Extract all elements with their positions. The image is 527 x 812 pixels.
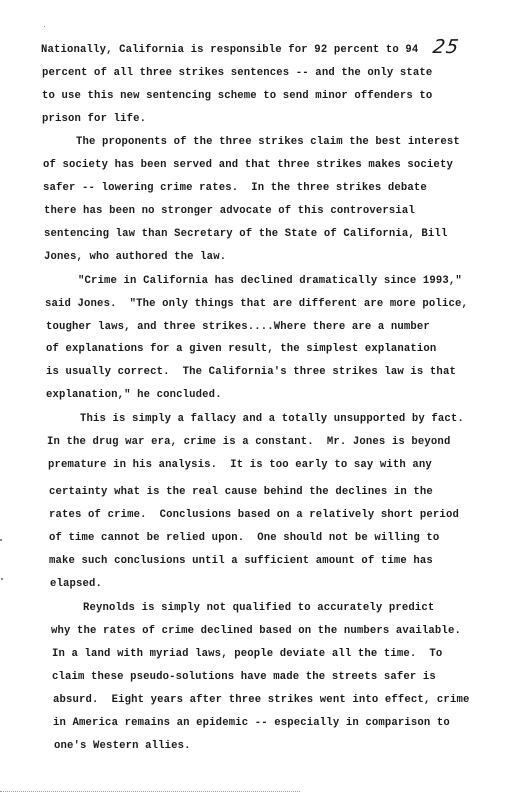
text-line: to use this new sentencing scheme to sen…	[42, 90, 432, 102]
text-line: of explanations for a given result, the …	[46, 343, 436, 355]
scan-speck	[0, 539, 2, 541]
text-line: sentencing law than Secretary of the Sta…	[44, 228, 447, 240]
text-line: In a land with myriad laws, people devia…	[52, 648, 442, 660]
text-line: claim these pseudo-solutions have made t…	[52, 671, 436, 683]
scan-speck	[44, 26, 45, 27]
text-line: Reynolds is simply not qualified to accu…	[83, 602, 434, 614]
text-line: rates of crime. Conclusions based on a r…	[49, 509, 459, 521]
scan-speck	[1, 578, 3, 580]
text-line: elapsed.	[50, 578, 102, 590]
text-line: make such conclusions until a sufficient…	[49, 555, 433, 567]
text-line: This is simply a fallacy and a totally u…	[80, 413, 464, 425]
text-line: In the drug war era, crime is a constant…	[47, 436, 450, 448]
text-line: of society has been served and that thre…	[43, 159, 453, 171]
text-line: certainty what is the real cause behind …	[49, 486, 433, 498]
text-line: of time cannot be relied upon. One shoul…	[49, 532, 439, 544]
text-line: is usually correct. The California's thr…	[46, 366, 456, 378]
handwritten-page-number: 25	[431, 36, 460, 58]
text-line: The proponents of the three strikes clai…	[76, 136, 460, 148]
text-line: percent of all three strikes sentences -…	[42, 67, 432, 79]
text-line: "Crime in California has declined dramat…	[78, 275, 462, 287]
text-line: Nationally, California is responsible fo…	[41, 44, 418, 56]
text-line: absurd. Eight years after three strikes …	[53, 694, 469, 706]
text-line: in America remains an epidemic -- especi…	[53, 717, 450, 729]
document-page: 25 Nationally, California is responsible…	[0, 0, 527, 812]
text-line: there has been no stronger advocate of t…	[44, 205, 415, 217]
text-line: safer -- lowering crime rates. In the th…	[43, 182, 427, 194]
text-line: Jones, who authored the law.	[44, 251, 226, 263]
text-line: one's Western allies.	[54, 740, 191, 752]
text-line: why the rates of crime declined based on…	[51, 625, 461, 637]
text-line: prison for life.	[42, 113, 146, 125]
text-line: tougher laws, and three strikes....Where…	[46, 321, 430, 333]
text-line: premature in his analysis. It is too ear…	[48, 459, 432, 471]
text-line: said Jones. "The only things that are di…	[45, 298, 468, 310]
page-bottom-edge	[0, 791, 300, 792]
text-line: explanation," he concluded.	[46, 389, 222, 401]
